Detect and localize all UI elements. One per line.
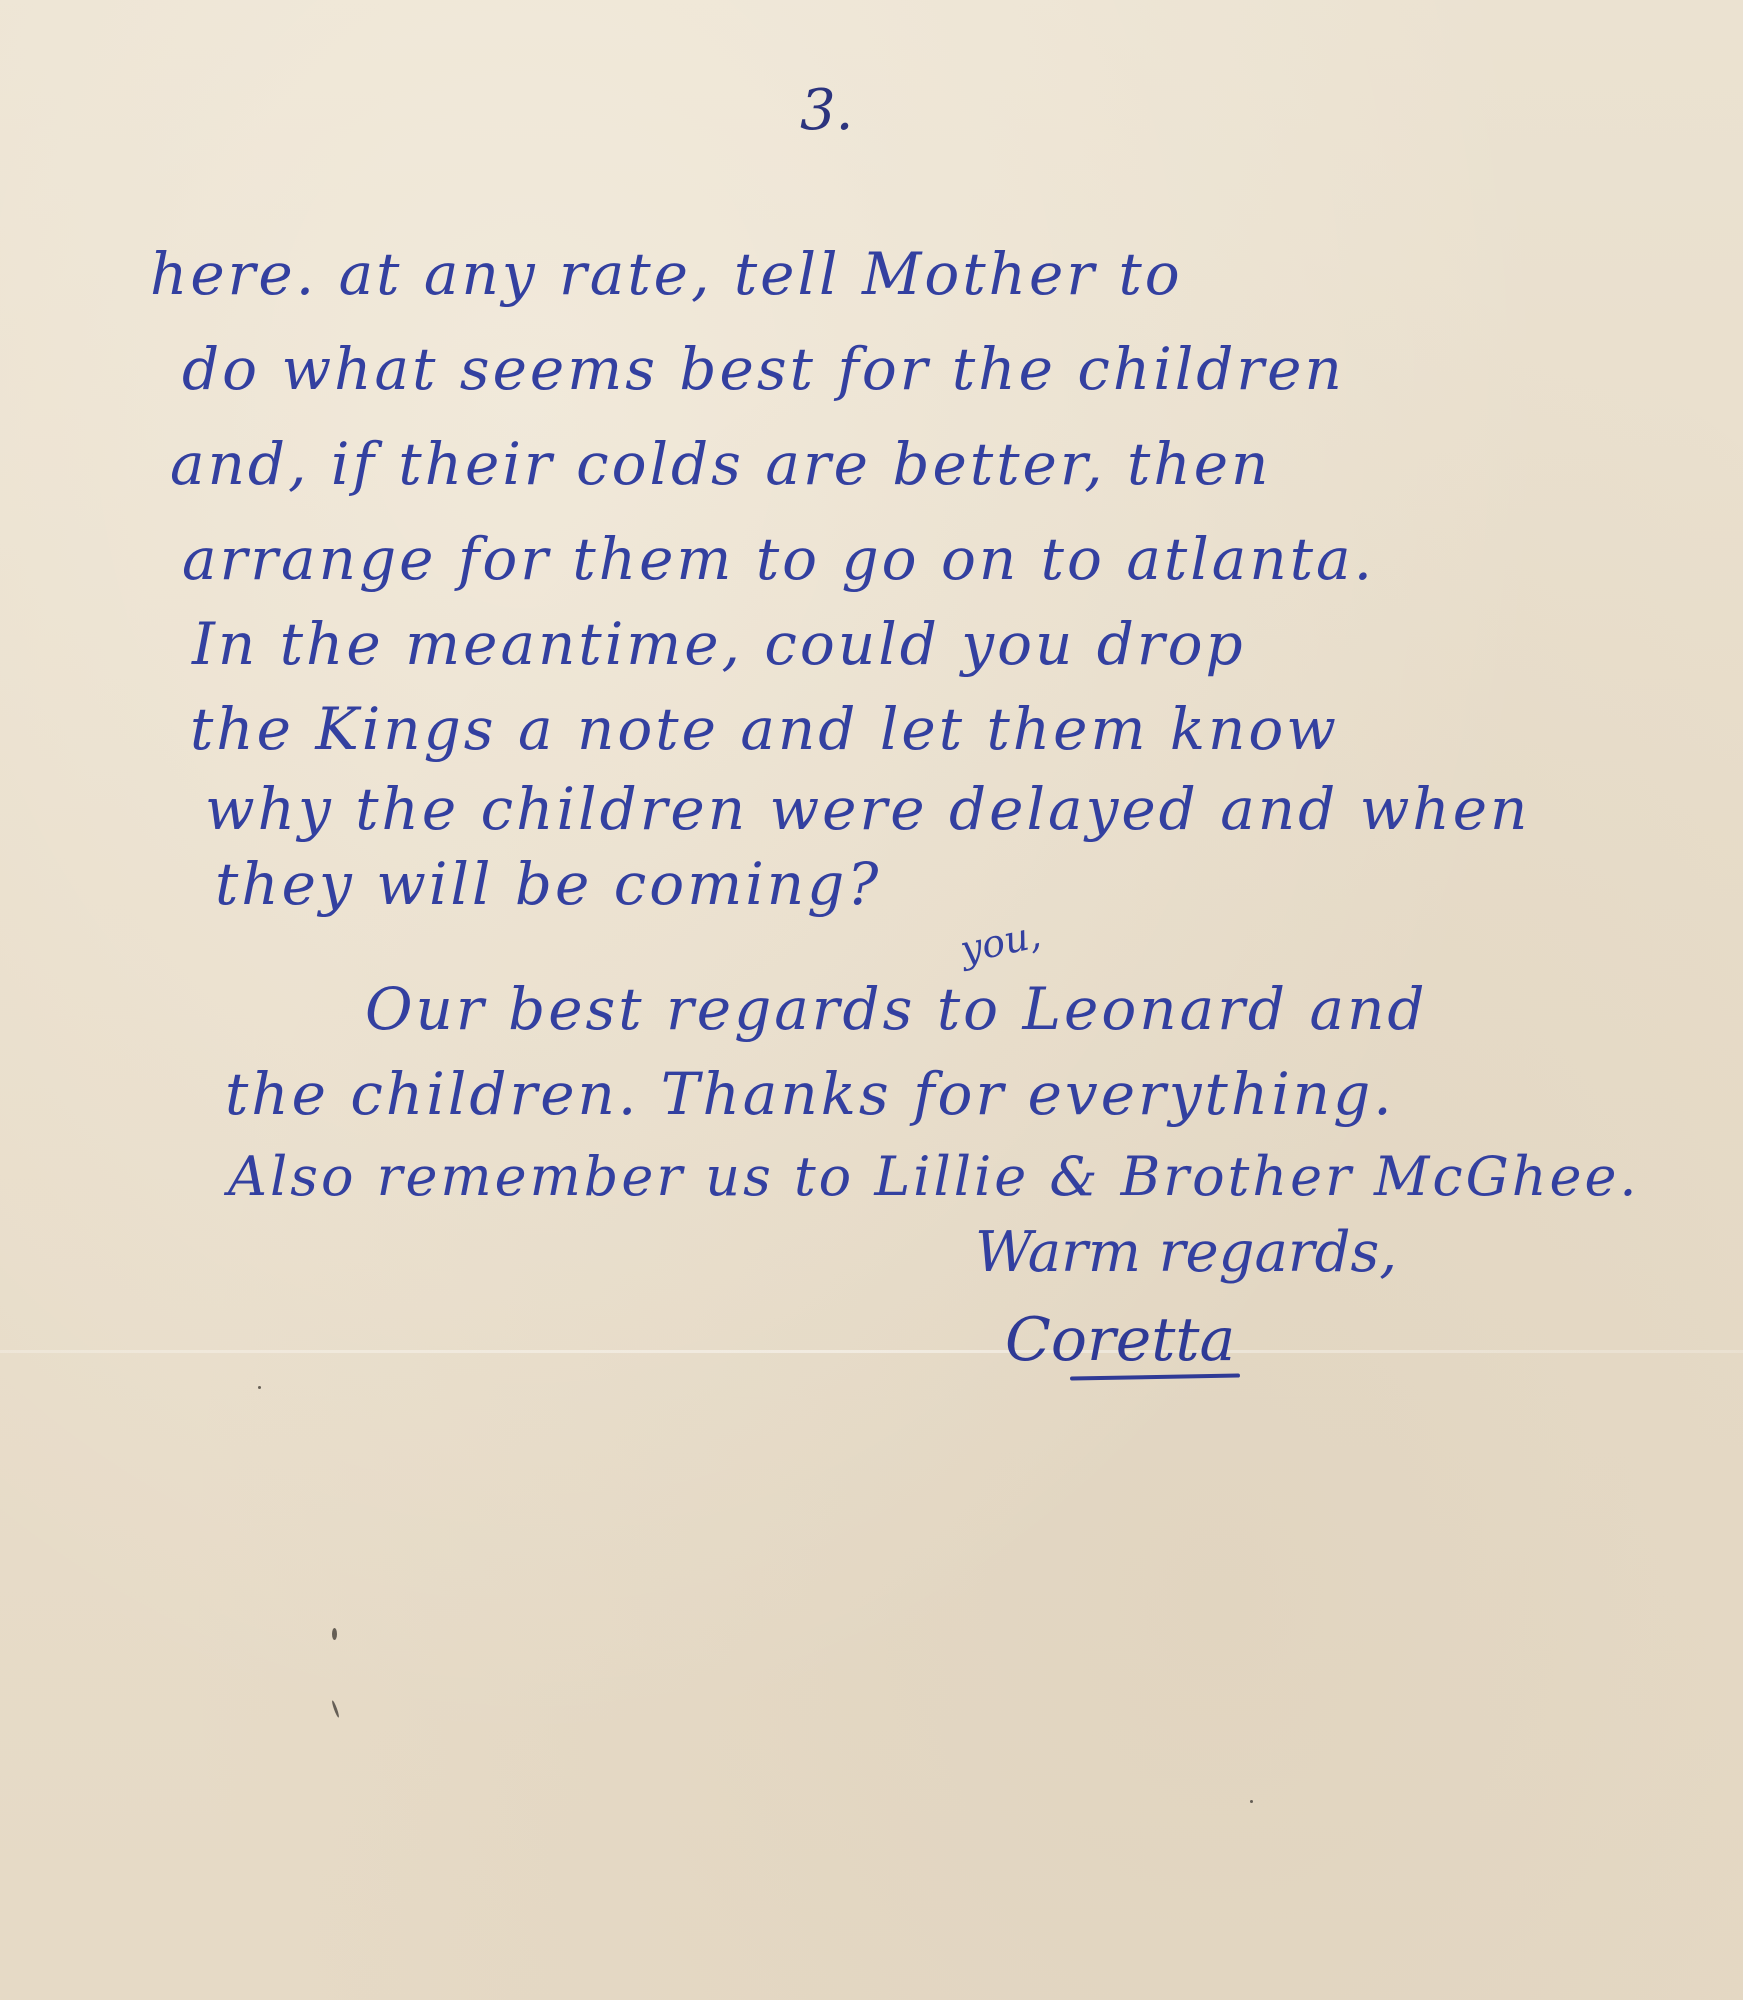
- letter-line-1: here. at any rate, tell Mother to: [150, 240, 1183, 308]
- paper-speck: [1250, 1800, 1253, 1803]
- letter-line-8: they will be coming?: [215, 850, 881, 918]
- letter-closing: Warm regards,: [975, 1220, 1397, 1285]
- paper-fold-crease: [0, 1350, 1743, 1353]
- letter-line-6: the Kings a note and let them know: [190, 695, 1339, 763]
- letter-line-2: do what seems best for the children: [182, 335, 1345, 403]
- letter-line-5: In the meantime, could you drop: [192, 610, 1246, 678]
- letter-line-11: Also remember us to Lillie & Brother McG…: [228, 1145, 1640, 1208]
- paper-speck: [331, 1700, 340, 1718]
- page-number: 3.: [800, 78, 853, 143]
- letter-line-7: why the children were delayed and when: [205, 775, 1530, 843]
- letter-line-10: the children. Thanks for everything.: [225, 1060, 1395, 1128]
- letter-line-4: arrange for them to go on to atlanta.: [182, 525, 1375, 593]
- insertion-note: you,: [956, 912, 1044, 972]
- paper-speck: [332, 1628, 337, 1640]
- paper-speck: [258, 1386, 261, 1389]
- letter-signature: Coretta: [1005, 1305, 1235, 1375]
- letter-line-9: Our best regards to Leonard and: [365, 975, 1428, 1043]
- letter-line-3: and, if their colds are better, then: [170, 430, 1271, 498]
- letter-page: 3. here. at any rate, tell Mother to do …: [0, 0, 1743, 2000]
